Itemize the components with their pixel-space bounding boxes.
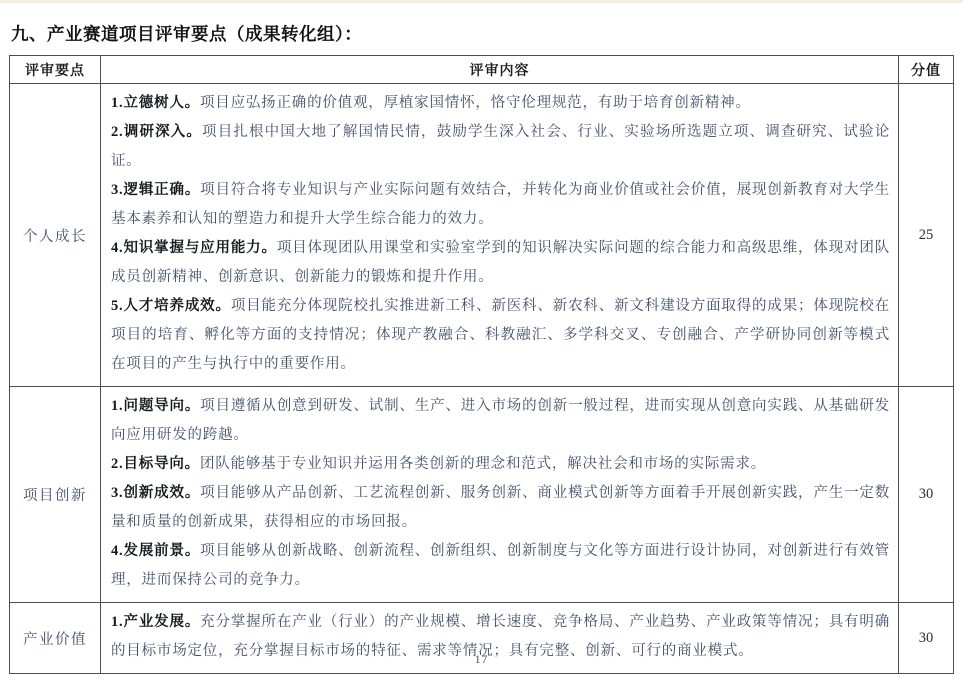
table-header-row: 评审要点 评审内容 分值 <box>10 56 954 84</box>
criteria-item-text: 项目扎根中国大地了解国情民情，鼓励学生深入社会、行业、实验场所选题立项、调查研究… <box>111 124 890 169</box>
row-category: 个人成长 <box>10 84 101 387</box>
criteria-item: 2.目标导向。团队能够基于专业知识并运用各类创新的理念和范式，解决社会和市场的实… <box>111 450 890 479</box>
criteria-item-text: 团队能够基于专业知识并运用各类创新的理念和范式，解决社会和市场的实际需求。 <box>200 456 766 472</box>
criteria-item: 1.立德树人。项目应弘扬正确的价值观，厚植家国情怀，恪守伦理规范，有助于培育创新… <box>111 89 890 118</box>
page-title: 九、产业赛道项目评审要点（成果转化组）： <box>11 21 954 46</box>
table-row: 项目创新1.问题导向。项目遵循从创意到研发、试制、生产、进入市场的创新一般过程，… <box>10 387 954 603</box>
row-category: 项目创新 <box>10 387 101 603</box>
criteria-item-lead: 2.调研深入。 <box>111 124 202 140</box>
page-top-edge <box>0 0 963 3</box>
criteria-item: 3.创新成效。项目能够从产品创新、工艺流程创新、服务创新、商业模式创新等方面着手… <box>111 479 890 537</box>
criteria-item-lead: 5.人才培养成效。 <box>111 298 231 314</box>
criteria-item-text: 项目能够从产品创新、工艺流程创新、服务创新、商业模式创新等方面着手开展创新实践，… <box>111 485 890 530</box>
criteria-item-lead: 1.产业发展。 <box>111 614 200 630</box>
criteria-item-lead: 3.创新成效。 <box>111 485 200 501</box>
criteria-item-text: 项目应弘扬正确的价值观，厚植家国情怀，恪守伦理规范，有助于培育创新精神。 <box>200 95 751 111</box>
criteria-item-lead: 4.知识掌握与应用能力。 <box>111 240 277 256</box>
criteria-item-lead: 4.发展前景。 <box>111 543 200 559</box>
criteria-item-text: 项目符合将专业知识与产业实际问题有效结合，并转化为商业价值或社会价值，展现创新教… <box>111 182 890 227</box>
criteria-item: 2.调研深入。项目扎根中国大地了解国情民情，鼓励学生深入社会、行业、实验场所选题… <box>111 118 890 176</box>
row-score: 25 <box>899 84 954 387</box>
criteria-item: 4.知识掌握与应用能力。项目体现团队用课堂和实验室学到的知识解决实际问题的综合能… <box>111 234 890 292</box>
header-criteria: 评审要点 <box>10 56 101 84</box>
row-content: 1.立德树人。项目应弘扬正确的价值观，厚植家国情怀，恪守伦理规范，有助于培育创新… <box>101 84 899 387</box>
table-row: 个人成长1.立德树人。项目应弘扬正确的价值观，厚植家国情怀，恪守伦理规范，有助于… <box>10 84 954 387</box>
criteria-item: 4.发展前景。项目能够从创新战略、创新流程、创新组织、创新制度与文化等方面进行设… <box>111 537 890 595</box>
criteria-item-text: 项目能够从创新战略、创新流程、创新组织、创新制度与文化等方面进行设计协同，对创新… <box>111 543 890 588</box>
header-content: 评审内容 <box>101 56 899 84</box>
criteria-item-lead: 3.逻辑正确。 <box>111 182 200 198</box>
row-score: 30 <box>899 387 954 603</box>
document-page: 九、产业赛道项目评审要点（成果转化组）： 评审要点 评审内容 分值 个人成长1.… <box>0 21 963 674</box>
row-content: 1.问题导向。项目遵循从创意到研发、试制、生产、进入市场的创新一般过程，进而实现… <box>101 387 899 603</box>
criteria-item: 5.人才培养成效。项目能充分体现院校扎实推进新工科、新医科、新农科、新文科建设方… <box>111 292 890 379</box>
criteria-item-lead: 2.目标导向。 <box>111 456 200 472</box>
criteria-item-text: 充分掌握所在产业（行业）的产业规模、增长速度、竞争格局、产业趋势、产业政策等情况… <box>111 614 890 659</box>
criteria-item: 1.问题导向。项目遵循从创意到研发、试制、生产、进入市场的创新一般过程，进而实现… <box>111 392 890 450</box>
page-number: 17 <box>0 654 963 666</box>
review-table: 评审要点 评审内容 分值 个人成长1.立德树人。项目应弘扬正确的价值观，厚植家国… <box>9 55 954 674</box>
criteria-item-text: 项目遵循从创意到研发、试制、生产、进入市场的创新一般过程，进而实现从创意向实践、… <box>111 398 890 443</box>
criteria-item-lead: 1.立德树人。 <box>111 95 200 111</box>
criteria-item-lead: 1.问题导向。 <box>111 398 200 414</box>
criteria-item: 3.逻辑正确。项目符合将专业知识与产业实际问题有效结合，并转化为商业价值或社会价… <box>111 176 890 234</box>
header-score: 分值 <box>899 56 954 84</box>
